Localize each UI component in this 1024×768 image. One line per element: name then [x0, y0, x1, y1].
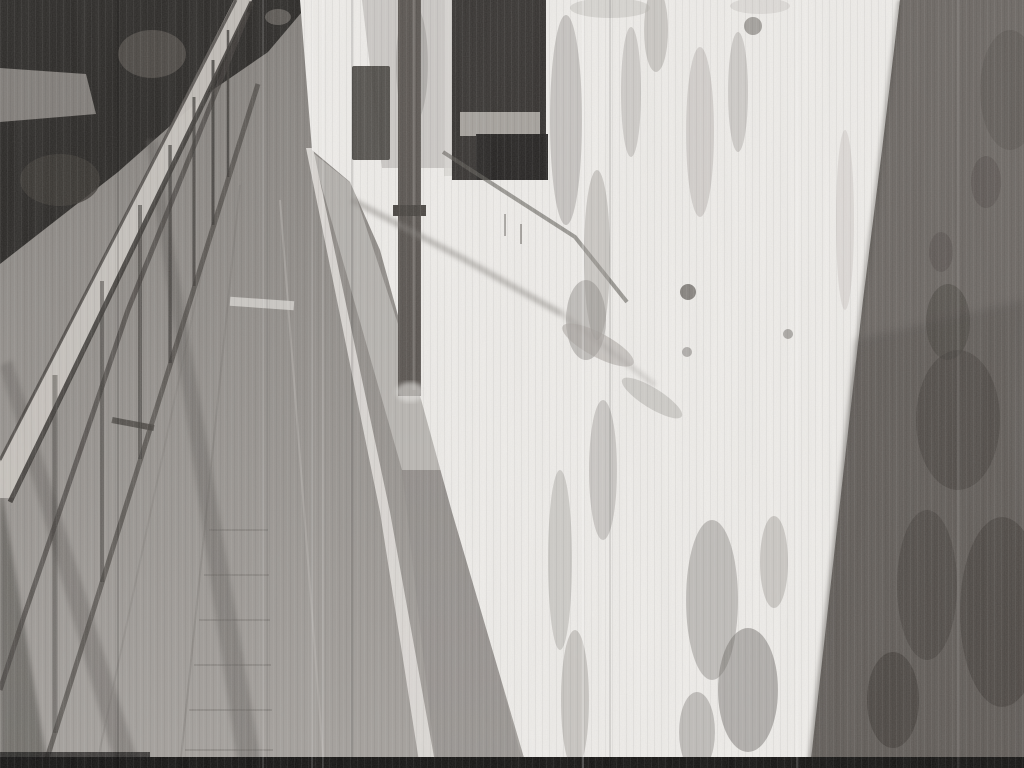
photo-canvas — [0, 0, 1024, 768]
photocopy-noise — [0, 0, 1024, 768]
scanned-photo — [0, 0, 1024, 768]
